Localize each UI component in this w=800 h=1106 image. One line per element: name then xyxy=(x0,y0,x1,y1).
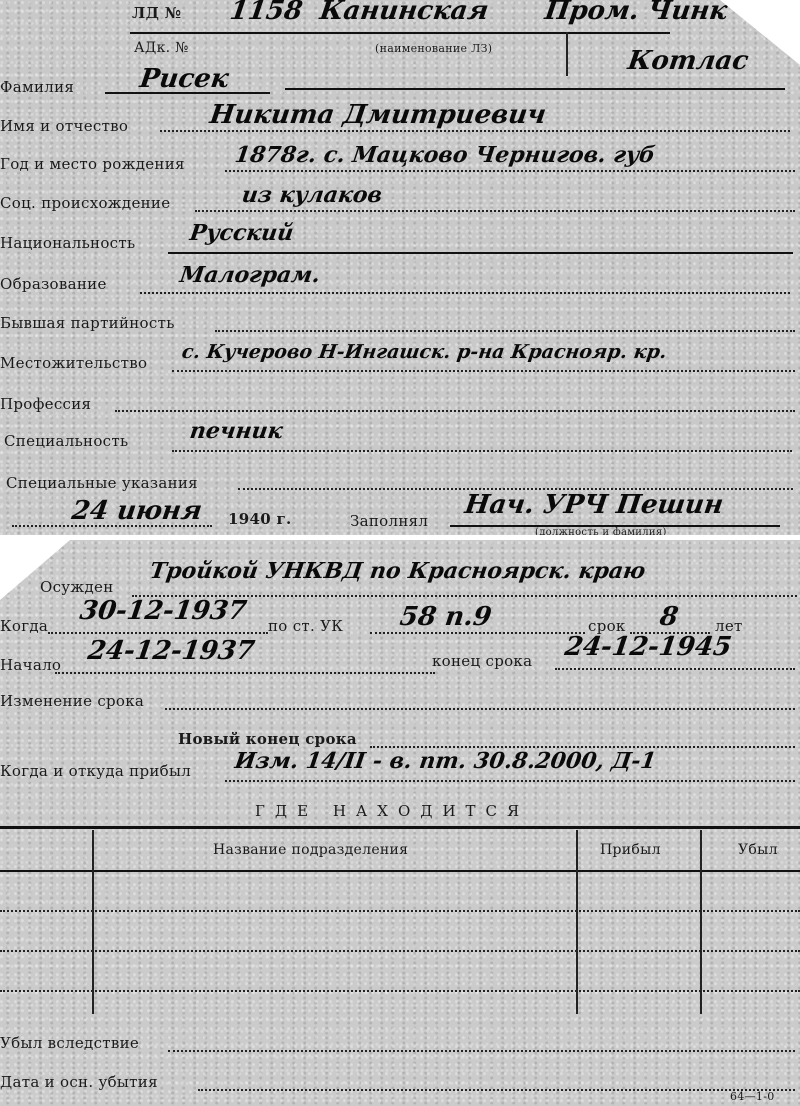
end-line xyxy=(555,668,795,670)
when-value: 30-12-1937 xyxy=(78,596,249,626)
position-hint: (должность и фамилия) xyxy=(535,527,667,538)
term-change-line xyxy=(165,708,795,710)
start-label: Начало xyxy=(0,656,61,674)
registration-card-bottom: Осужден Тройкой УНКВД по Красноярск. кра… xyxy=(0,540,800,1106)
arrival-value: Изм. 14/II - в. пт. 30.8.2000, Д-1 xyxy=(233,748,658,774)
social-origin-value: из кулаков xyxy=(240,182,384,208)
article-line xyxy=(370,632,585,634)
education-line xyxy=(140,292,790,294)
fill-date-value: 24 июня xyxy=(70,496,204,526)
table-col-divider-3 xyxy=(700,830,702,1014)
camp-name: Канинская xyxy=(318,0,490,26)
former-party-line xyxy=(215,330,795,332)
new-end-label: Новый конец срока xyxy=(178,730,357,748)
start-value: 24-12-1937 xyxy=(86,636,257,666)
article-value: 58 п.9 xyxy=(398,602,493,632)
filled-by-label: Заполнял xyxy=(350,512,428,530)
table-row-line-1 xyxy=(0,910,800,912)
arrival-label: Когда и откуда прибыл xyxy=(0,762,191,780)
former-party-label: Бывшая партийность xyxy=(0,314,175,332)
table-col-divider-2 xyxy=(576,830,578,1014)
departed-due-line xyxy=(168,1050,795,1052)
camp-suffix: Пром. Чинк xyxy=(543,0,729,26)
naming-hint: (наименование ЛЗ) xyxy=(375,42,492,55)
specialty-label: Специальность xyxy=(4,432,128,450)
surname-line-right xyxy=(285,88,785,90)
end-value: 24-12-1945 xyxy=(563,632,734,662)
end-label: конец срока xyxy=(432,652,532,670)
location-table-title: ГДЕ НАХОДИТСЯ xyxy=(255,802,529,820)
ld-number: 1158 xyxy=(228,0,305,26)
adk-label: АДк. № xyxy=(134,40,189,56)
special-notes-label: Специальные указания xyxy=(6,474,198,492)
profession-label: Профессия xyxy=(0,395,91,413)
column-header-unit: Название подразделения xyxy=(213,842,408,858)
name-patronymic-value: Никита Дмитриевич xyxy=(208,100,548,130)
start-line xyxy=(55,672,435,674)
nationality-value: Русский xyxy=(188,220,295,246)
convicted-value: Тройкой УНКВД по Красноярск. краю xyxy=(148,558,647,584)
header-underline xyxy=(130,32,670,34)
surname-value: Рисек xyxy=(138,64,231,94)
name-line xyxy=(160,130,790,132)
location-value: Котлас xyxy=(626,46,750,76)
name-patronymic-label: Имя и отчество xyxy=(0,117,128,135)
specialty-line xyxy=(172,450,792,452)
term-value: 8 xyxy=(658,602,680,632)
column-header-arrived: Прибыл xyxy=(600,842,661,858)
filled-by-signature: Нач. УРЧ Пешин xyxy=(463,490,725,520)
profession-line xyxy=(115,410,795,412)
departure-date-label: Дата и осн. убытия xyxy=(0,1073,158,1091)
residence-value: с. Кучерово Н-Ингашск. р-на Краснояр. кр… xyxy=(180,341,668,363)
departure-date-line xyxy=(198,1089,795,1091)
birth-value: 1878г. с. Мацково Чернигов. губ xyxy=(233,142,657,168)
table-row-line-3 xyxy=(0,990,800,992)
table-col-divider-1 xyxy=(92,830,94,1014)
ld-label: ЛД № xyxy=(132,4,181,22)
table-row-line-2 xyxy=(0,950,800,952)
term-change-label: Изменение срока xyxy=(0,692,144,710)
surname-label: Фамилия xyxy=(0,78,74,96)
when-label: Когда xyxy=(0,617,48,635)
header-divider xyxy=(566,32,568,76)
form-code: 64—1-0 xyxy=(730,1090,775,1103)
when-line xyxy=(48,632,268,634)
registration-card-top: ЛД № 1158 Канинская Пром. Чинк АДк. № (н… xyxy=(0,0,800,535)
surname-line xyxy=(105,92,270,94)
column-header-departed: Убыл xyxy=(738,842,778,858)
table-header-rule xyxy=(0,870,800,872)
table-top-rule xyxy=(0,826,800,829)
nationality-line xyxy=(168,252,793,254)
nationality-label: Национальность xyxy=(0,234,135,252)
arrival-line xyxy=(225,780,795,782)
article-label: по ст. УК xyxy=(268,617,343,635)
birth-label: Год и место рождения xyxy=(0,155,185,173)
fill-year-label: 1940 г. xyxy=(228,510,291,528)
residence-label: Местожительство xyxy=(0,354,147,372)
social-origin-label: Соц. происхождение xyxy=(0,194,170,212)
education-label: Образование xyxy=(0,275,107,293)
birth-line xyxy=(225,170,795,172)
departed-due-label: Убыл вследствие xyxy=(0,1034,139,1052)
education-value: Малограм. xyxy=(178,262,322,288)
social-origin-line xyxy=(195,210,795,212)
residence-line xyxy=(172,370,795,372)
specialty-value: печник xyxy=(188,418,284,444)
convicted-label: Осужден xyxy=(40,578,114,596)
